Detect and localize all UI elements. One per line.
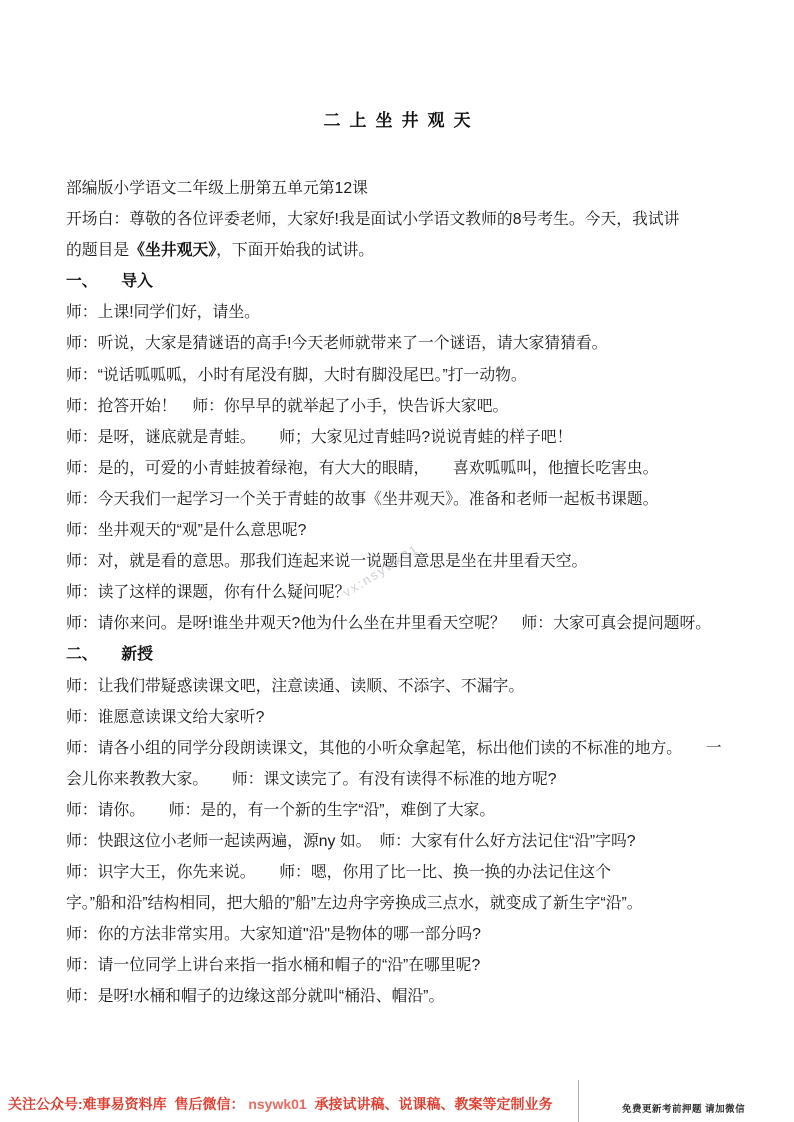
- paragraph-line: 师：抢答开始！ 师：你早早的就举起了小手，快告诉大家吧。: [66, 391, 736, 422]
- text-segment: 开场白：尊敬的各位评委老师，大家好!我是面试小学语文教师的8号考生。今天，我试讲: [66, 211, 679, 228]
- emphasis-text: 一、 导入: [66, 273, 153, 290]
- text-segment: 部编版小学语文二年级上册第五单元第12课: [66, 180, 368, 197]
- paragraph-line: 师：上课!同学们好，请坐。: [66, 297, 736, 328]
- text-segment: 师：听说，大家是猜谜语的高手!今天老师就带来了一个谜语，请大家猜猜看。: [66, 335, 607, 352]
- text-segment: 会儿你来教教大家。 师：课文读完了。有没有读得不标准的地方呢?: [66, 771, 557, 788]
- text-segment: 师：对，就是看的意思。那我们连起来说一说题目意思是坐在井里看天空。: [66, 553, 587, 570]
- paragraph-line: 师：对，就是看的意思。那我们连起来说一说题目意思是坐在井里看天空。: [66, 546, 736, 577]
- paragraph-line: 师：“说话呱呱呱，小时有尾没有脚，大时有脚没尾巴。”打一动物。: [66, 360, 736, 391]
- paragraph-line: 师：快跟这位小老师一起读两遍，源ny 如。 师：大家有什么好方法记住“沿”字吗?: [66, 826, 736, 857]
- text-segment: 师：请你来问。是呀!谁坐井观天?他为什么坐在井里看天空呢？ 师：大家可真会提问题…: [66, 615, 711, 632]
- paragraph-line: 师：让我们带疑惑读课文吧，注意读通、读顺、不添字、不漏字。: [66, 671, 736, 702]
- paragraph-line: 部编版小学语文二年级上册第五单元第12课: [66, 173, 736, 204]
- paragraph-line: 师：请一位同学上讲台来指一指水桶和帽子的“沿”在哪里呢?: [66, 950, 736, 981]
- text-segment: 师：今天我们一起学习一个关于青蛙的故事《坐井观天》。准备和老师一起板书课题。: [66, 491, 658, 508]
- text-segment: 师：是呀!水桶和帽子的边缘这部分就叫“桶沿、帽沿”。: [66, 988, 444, 1005]
- paragraph-line: 师：是的，可爱的小青蛙披着绿袍，有大大的眼睛， 喜欢呱呱叫，他擅长吃害虫。: [66, 453, 736, 484]
- text-segment: 师：识字大王，你先来说。 师：嗯，你用了比一比、换一换的办法记住这个: [66, 864, 611, 881]
- text-segment: 字。”船和沿”结构相同，把大船的”船”左边舟字旁换成三点水，就变成了新生字“沿”…: [66, 895, 643, 912]
- paragraph-line: 开场白：尊敬的各位评委老师，大家好!我是面试小学语文教师的8号考生。今天，我试讲: [66, 204, 736, 235]
- paragraph-line: 二、 新授: [66, 639, 736, 670]
- text-segment: 师：“说话呱呱呱，小时有尾没有脚，大时有脚没尾巴。”打一动物。: [66, 367, 527, 384]
- paragraph-line: 师：请各小组的同学分段朗读课文，其他的小听众拿起笔，标出他们读的不标准的地方。 …: [66, 733, 736, 764]
- paragraph-line: 师：是呀，谜底就是青蛙。 师；大家见过青蛙吗?说说青蛙的样子吧！: [66, 422, 736, 453]
- paragraph-line: 一、 导入: [66, 266, 736, 297]
- text-segment: 师：你的方法非常实用。大家知道"沿"是物体的哪一部分吗?: [66, 926, 481, 943]
- promo-text-segment: 关注公众号:难事易资料库 售后微信：: [8, 1096, 248, 1112]
- paragraph-line: 字。”船和沿”结构相同，把大船的”船”左边舟字旁换成三点水，就变成了新生字“沿”…: [66, 888, 736, 919]
- wechat-code: nsywk01: [248, 1096, 306, 1112]
- paragraph-line: 师：请你。 师：是的，有一个新的生字“沿”，难倒了大家。: [66, 795, 736, 826]
- emphasis-text: 二、 新授: [66, 646, 153, 663]
- paragraph-line: 师：请你来问。是呀!谁坐井观天?他为什么坐在井里看天空呢？ 师：大家可真会提问题…: [66, 608, 736, 639]
- document-page: 二上坐井观天 部编版小学语文二年级上册第五单元第12课开场白：尊敬的各位评委老师…: [0, 0, 794, 1122]
- text-segment: 师：坐井观天的“观”是什么意思呢?: [66, 522, 306, 539]
- footer-note: 免费更新考前押题 请加微信: [622, 1101, 745, 1115]
- text-segment: 师：请你。 师：是的，有一个新的生字“沿”，难倒了大家。: [66, 802, 495, 819]
- paragraph-line: 师：你的方法非常实用。大家知道"沿"是物体的哪一部分吗?: [66, 919, 736, 950]
- footer-divider: [578, 1080, 579, 1122]
- paragraph-line: 师：坐井观天的“观”是什么意思呢?: [66, 515, 736, 546]
- text-segment: 师：请各小组的同学分段朗读课文，其他的小听众拿起笔，标出他们读的不标准的地方。 …: [66, 740, 722, 757]
- text-segment: 师：上课!同学们好，请坐。: [66, 304, 260, 321]
- footer-promo-text: 关注公众号:难事易资料库 售后微信： nsywk01 承接试讲稿、说课稿、教案等…: [8, 1094, 553, 1114]
- text-segment: 的题目是: [66, 242, 129, 259]
- emphasis-text: 《坐井观天》: [129, 242, 216, 259]
- paragraph-line: 会儿你来教教大家。 师：课文读完了。有没有读得不标准的地方呢?: [66, 764, 736, 795]
- text-segment: 师：读了这样的课题，你有什么疑问呢？: [66, 584, 350, 601]
- paragraph-line: 师：今天我们一起学习一个关于青蛙的故事《坐井观天》。准备和老师一起板书课题。: [66, 484, 736, 515]
- text-segment: 师：是的，可爱的小青蛙披着绿袍，有大大的眼睛， 喜欢呱呱叫，他擅长吃害虫。: [66, 460, 658, 477]
- promo-text-segment: 承接试讲稿、说课稿、教案等定制业务: [307, 1096, 553, 1112]
- text-segment: 师：抢答开始！ 师：你早早的就举起了小手，快告诉大家吧。: [66, 398, 508, 415]
- document-title: 二上坐井观天: [0, 106, 794, 131]
- paragraph-line: 师：是呀!水桶和帽子的边缘这部分就叫“桶沿、帽沿”。: [66, 981, 736, 1012]
- document-body: 部编版小学语文二年级上册第五单元第12课开场白：尊敬的各位评委老师，大家好!我是…: [66, 173, 736, 1013]
- text-segment: 师：是呀，谜底就是青蛙。 师；大家见过青蛙吗?说说青蛙的样子吧！: [66, 429, 572, 446]
- text-segment: ，下面开始我的试讲。: [216, 242, 374, 259]
- paragraph-line: 师：谁愿意读课文给大家听?: [66, 702, 736, 733]
- text-segment: 师：让我们带疑惑读课文吧，注意读通、读顺、不添字、不漏字。: [66, 678, 524, 695]
- text-segment: 师：快跟这位小老师一起读两遍，源ny 如。 师：大家有什么好方法记住“沿”字吗?: [66, 833, 636, 850]
- paragraph-line: 的题目是《坐井观天》，下面开始我的试讲。: [66, 235, 736, 266]
- paragraph-line: 师：识字大王，你先来说。 师：嗯，你用了比一比、换一换的办法记住这个: [66, 857, 736, 888]
- paragraph-line: 师：读了这样的课题，你有什么疑问呢？: [66, 577, 736, 608]
- text-segment: 师：请一位同学上讲台来指一指水桶和帽子的“沿”在哪里呢?: [66, 957, 480, 974]
- text-segment: 师：谁愿意读课文给大家听?: [66, 709, 264, 726]
- paragraph-line: 师：听说，大家是猜谜语的高手!今天老师就带来了一个谜语，请大家猜猜看。: [66, 328, 736, 359]
